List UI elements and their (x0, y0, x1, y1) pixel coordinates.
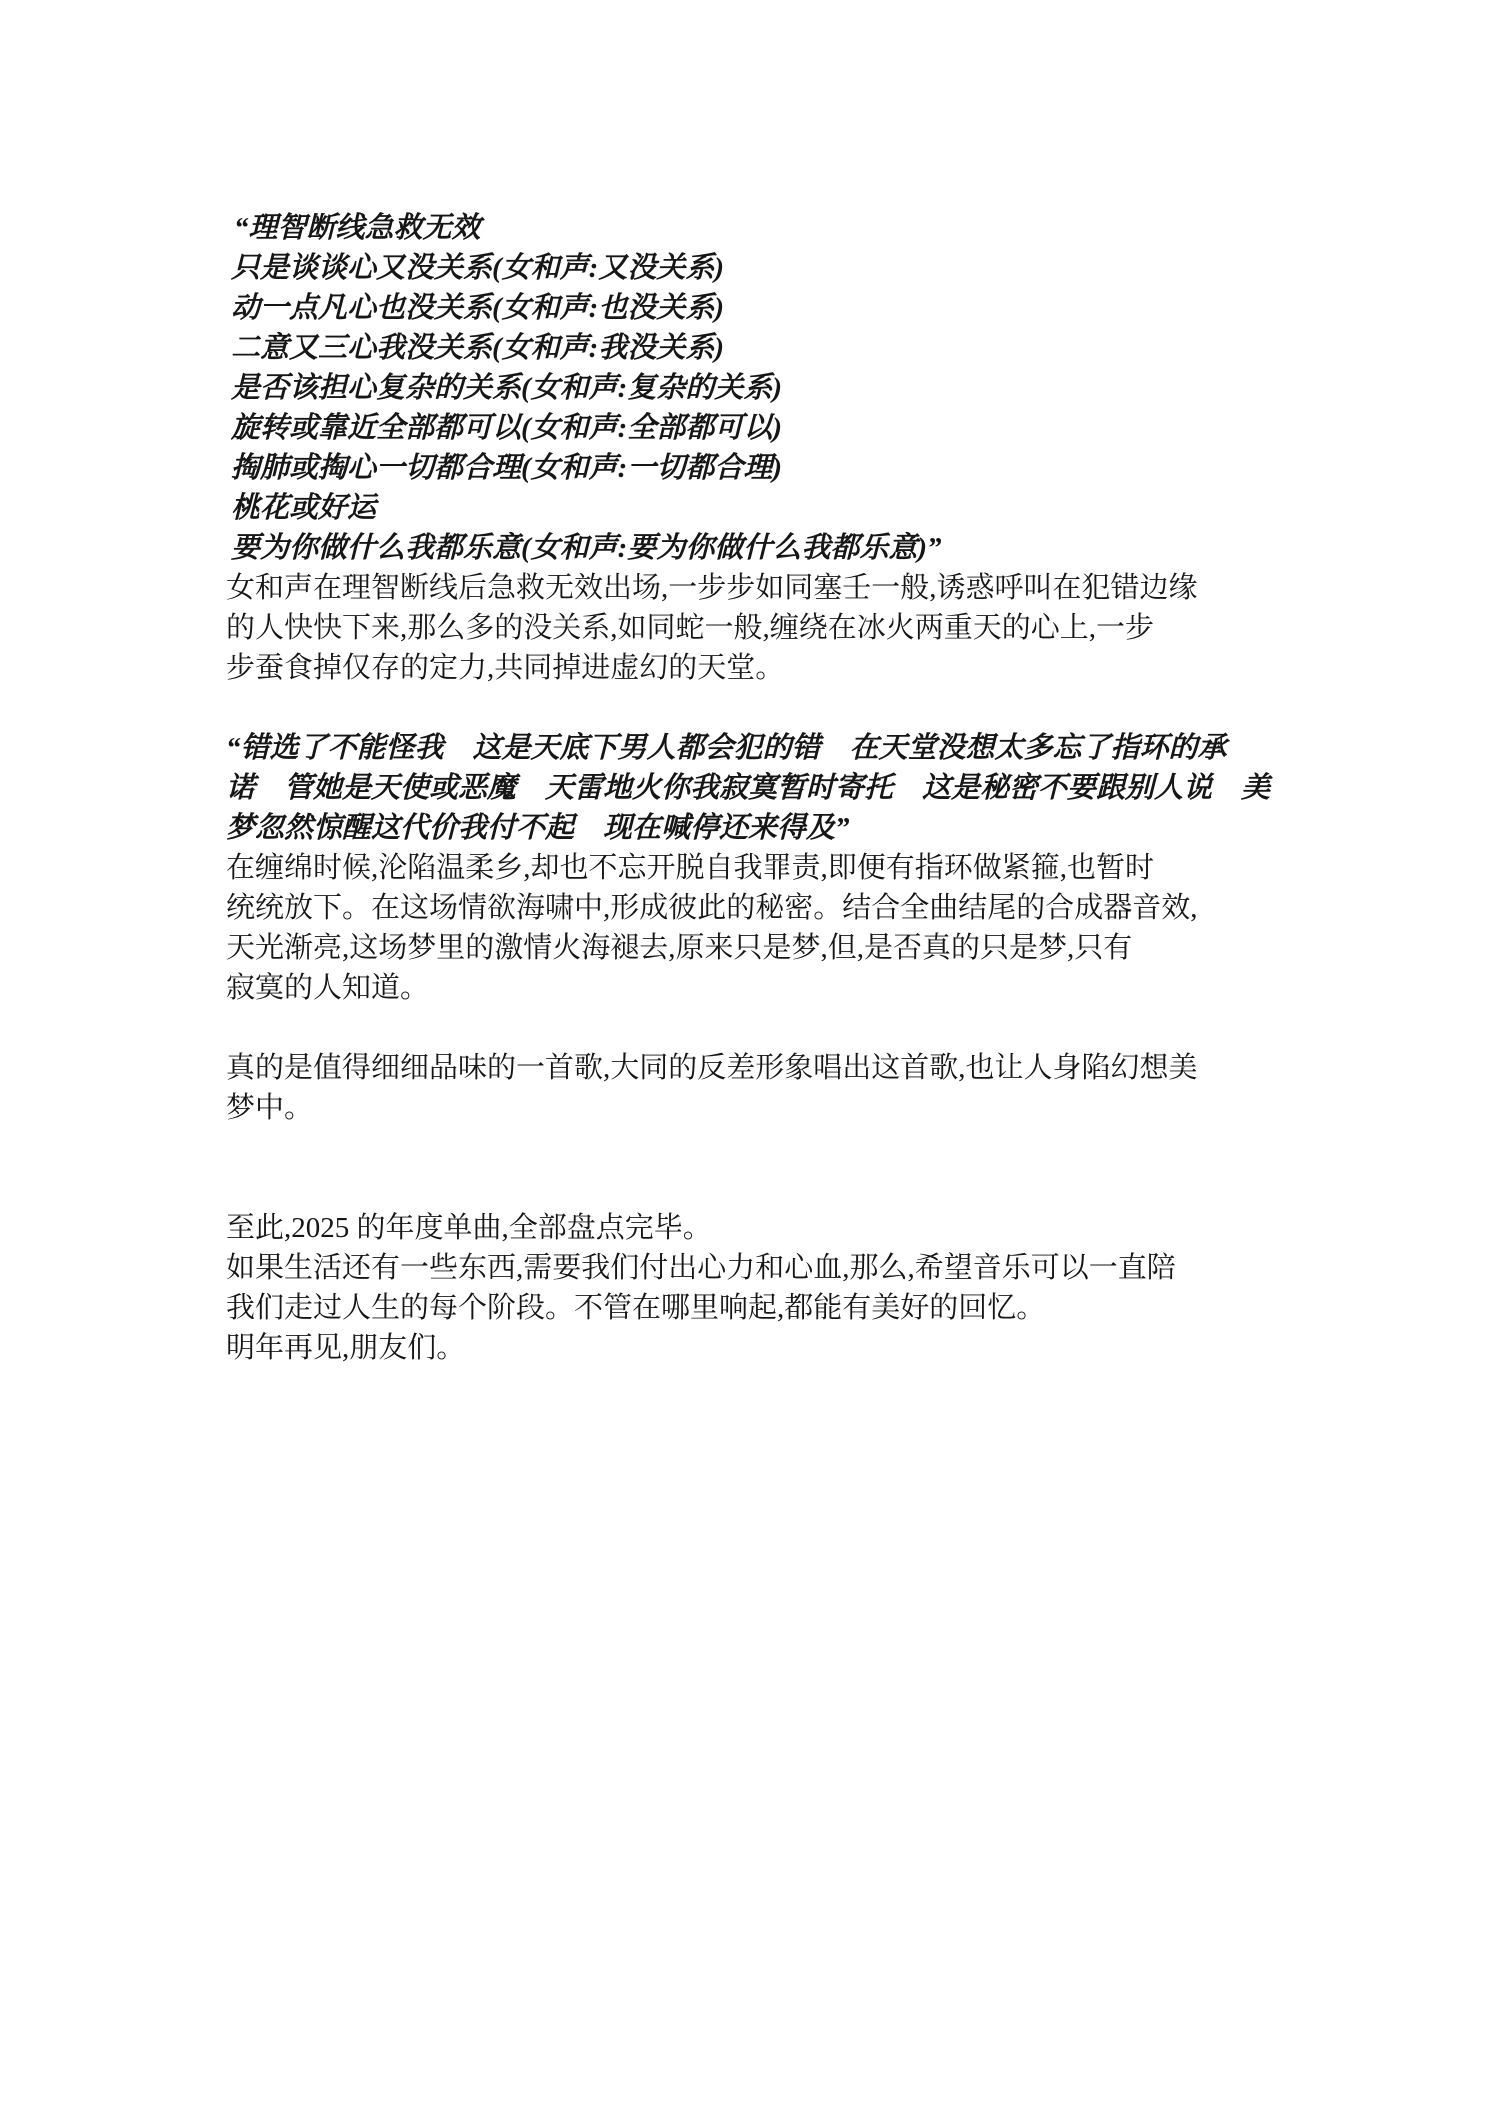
text-line: 寂寞的人知道。 (226, 968, 1296, 1008)
text-line: 在缠绵时候,沦陷温柔乡,却也不忘开脱自我罪责,即便有指环做紧箍,也暂时 (226, 848, 1296, 888)
lyric-line: 只是谈谈心又没关系(女和声:又没关系) (226, 248, 1296, 288)
text-line: 统统放下。在这场情欲海啸中,形成彼此的秘密。结合全曲结尾的合成器音效, (226, 888, 1296, 928)
lyric-line: 动一点凡心也没关系(女和声:也没关系) (226, 288, 1296, 328)
blank-line (226, 688, 1296, 728)
blank-line (226, 1008, 1296, 1048)
lyric-line: 旋转或靠近全部都可以(女和声:全部都可以) (226, 408, 1296, 448)
lyric-line: 二意又三心我没关系(女和声:我没关系) (226, 328, 1296, 368)
lyric-line: 是否该担心复杂的关系(女和声:复杂的关系) (226, 368, 1296, 408)
lyric-line: “理智断线急救无效 (226, 208, 1296, 248)
text-line: 的人快快下来,那么多的没关系,如同蛇一般,缠绕在冰火两重天的心上,一步 (226, 608, 1296, 648)
lyric-line: 桃花或好运 (226, 488, 1296, 528)
lyric-line: 掏肺或掏心一切都合理(女和声:一切都合理) (226, 448, 1296, 488)
blank-line (226, 1168, 1296, 1208)
document-page: “理智断线急救无效 只是谈谈心又没关系(女和声:又没关系) 动一点凡心也没关系(… (226, 208, 1296, 1368)
text-line: 天光渐亮,这场梦里的激情火海褪去,原来只是梦,但,是否真的只是梦,只有 (226, 928, 1296, 968)
lyric-line: 要为你做什么我都乐意(女和声:要为你做什么我都乐意)” (226, 528, 1296, 568)
text-line: 我们走过人生的每个阶段。不管在哪里响起,都能有美好的回忆。 (226, 1288, 1296, 1328)
text-line: 如果生活还有一些东西,需要我们付出心力和心血,那么,希望音乐可以一直陪 (226, 1248, 1296, 1288)
lyric-line: 梦忽然惊醒这代价我付不起 现在喊停还来得及” (226, 808, 1296, 848)
text-line: 梦中。 (226, 1088, 1296, 1128)
blank-line (226, 1128, 1296, 1168)
lyric-line: “错选了不能怪我 这是天底下男人都会犯的错 在天堂没想太多忘了指环的承 (226, 728, 1296, 768)
text-line: 真的是值得细细品味的一首歌,大同的反差形象唱出这首歌,也让人身陷幻想美 (226, 1048, 1296, 1088)
text-line: 明年再见,朋友们。 (226, 1328, 1296, 1368)
text-line: 步蚕食掉仅存的定力,共同掉进虚幻的天堂。 (226, 648, 1296, 688)
text-line: 至此,2025 的年度单曲,全部盘点完毕。 (226, 1208, 1296, 1248)
lyric-line: 诺 管她是天使或恶魔 天雷地火你我寂寞暂时寄托 这是秘密不要跟别人说 美 (226, 768, 1296, 808)
text-line: 女和声在理智断线后急救无效出场,一步步如同塞壬一般,诱惑呼叫在犯错边缘 (226, 568, 1296, 608)
